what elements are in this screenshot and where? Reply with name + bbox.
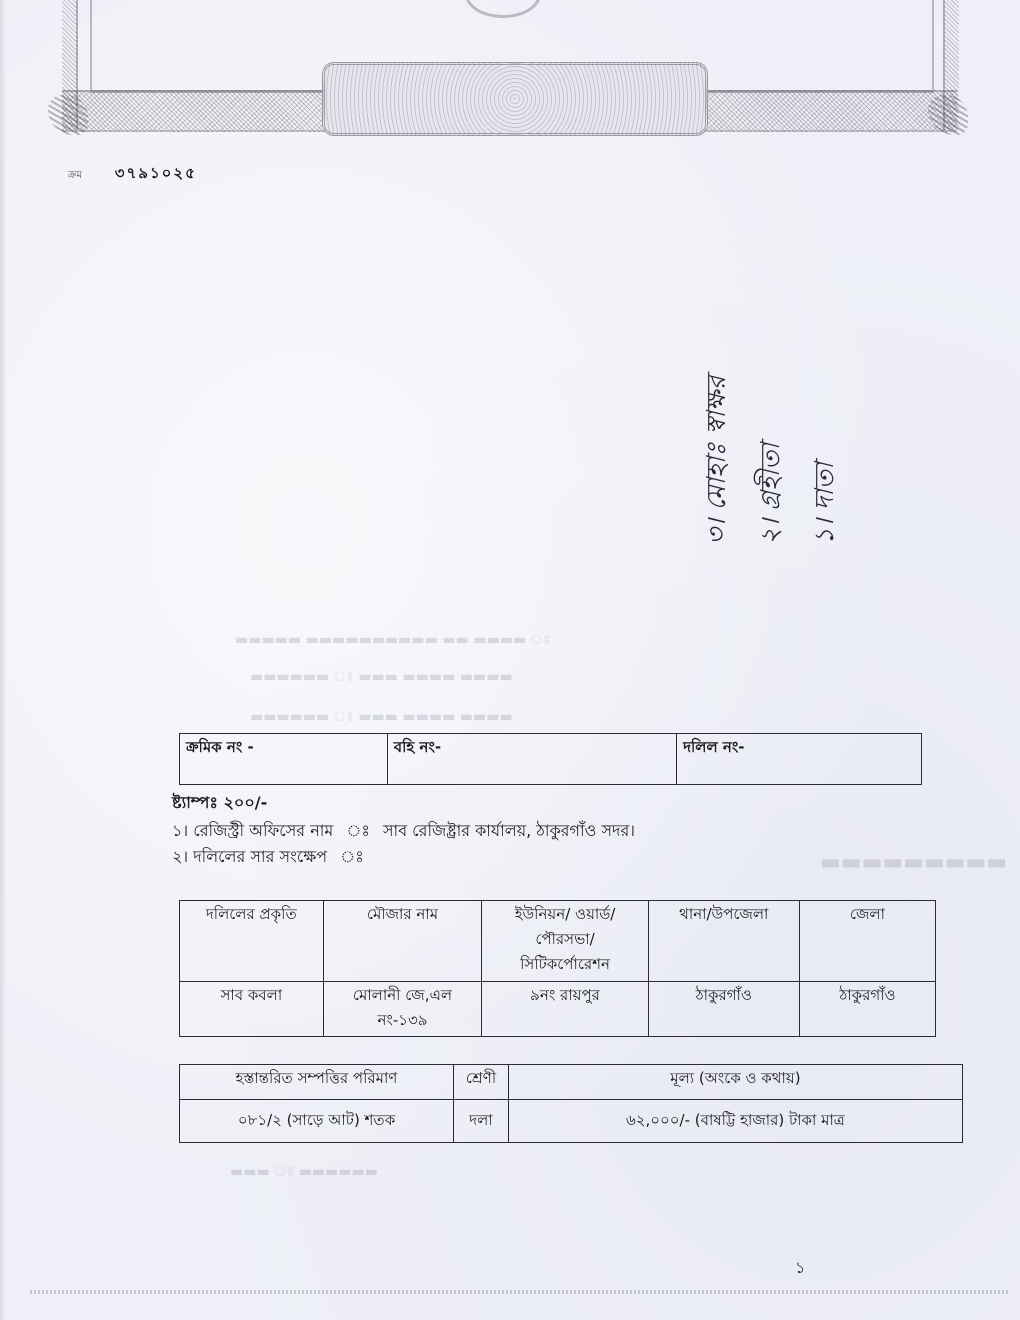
cell-thana-upazila: ঠাকুরগাঁও — [648, 982, 799, 1037]
serial-number: ৩৭৯১০২৫ — [115, 164, 197, 182]
deed-summary-line: ২। দলিলের সার সংক্ষেপ ঃ — [172, 844, 372, 871]
cell-property-quantity: ০৮১/২ (সাড়ে আট) শতক — [180, 1100, 454, 1143]
registry-office-line: ১। রেজিস্ট্রী অফিসের নাম ঃ সাব রেজিষ্ট্র… — [172, 818, 635, 845]
cell-mouza-name: মোলানী জে,এল নং-১৩৯ — [323, 982, 482, 1037]
handwritten-line: ২। গ্রহীতা — [744, 225, 798, 545]
serial-no-cell: ক্রমিক নং - — [180, 734, 388, 785]
page-edge — [0, 0, 6, 1320]
serial-label: ক্রম — [68, 170, 82, 181]
bleed-through-text: ▬▬▬▬▬▬▬▬▬ — [820, 850, 1007, 875]
item-separator: ঃ — [340, 844, 364, 871]
bleed-through-text: ▬▬▬ ঃ ▬▬▬▬▬▬ — [230, 1160, 378, 1184]
cell-land-class: দলা — [454, 1100, 509, 1143]
table-row: সাব কবলা মোলানী জে,এল নং-১৩৯ ৯নং রায়পুর… — [180, 982, 936, 1037]
item-number: ১। — [172, 821, 188, 840]
table-header-row: হস্তান্তরিত সম্পত্তির পরিমাণ শ্রেণী মূল্… — [180, 1065, 963, 1100]
cell-district: ঠাকুরগাঁও — [799, 982, 935, 1037]
cell-deed-nature: সাব কবলা — [180, 982, 324, 1037]
bottom-border-rule — [30, 1290, 1010, 1294]
bleed-through-text: ▬▬▬▬▬▬ ঃ ▬▬▬ ▬▬▬▬ ▬▬▬▬ — [250, 665, 513, 689]
stamp-value: ষ্ট্যাম্পঃ ২০০/- — [172, 790, 267, 817]
page-number: ১ — [795, 1255, 805, 1282]
handwritten-notes: ৩। মোহাঃ স্বাক্ষর ২। গ্রহীতা ১। দাতা — [690, 225, 800, 545]
item-value: সাব রেজিষ্ট্রার কার্যালয়, ঠাকুরগাঁও সদর… — [383, 821, 635, 840]
cell-price: ৬২,০০০/- (বাষট্টি হাজার) টাকা মাত্র — [508, 1100, 962, 1143]
cell-union-ward: ৯নং রায়পুর — [482, 982, 648, 1037]
deed-summary-table: দলিলের প্রকৃতি মৌজার নাম ইউনিয়ন/ ওয়ার্… — [179, 900, 936, 1037]
frame-cartouche — [322, 62, 708, 136]
item-number: ২। — [172, 847, 188, 866]
header-land-class: শ্রেণী — [454, 1065, 509, 1100]
bleed-through-text: ▬▬▬▬▬ ▬▬▬▬▬▬▬▬▬▬ ▬▬ ▬▬▬▬ ঃ — [235, 628, 551, 652]
property-table: হস্তান্তরিত সম্পত্তির পরিমাণ শ্রেণী মূল্… — [179, 1064, 963, 1143]
table-header-row: দলিলের প্রকৃতি মৌজার নাম ইউনিয়ন/ ওয়ার্… — [180, 901, 936, 982]
handwritten-line: ৩। মোহাঃ স্বাক্ষর — [690, 225, 744, 545]
book-no-cell: বহি নং- — [387, 734, 676, 785]
handwritten-line: ১। দাতা — [798, 225, 852, 545]
header-thana-upazila: থানা/উপজেলা — [648, 901, 799, 982]
table-row: ০৮১/২ (সাড়ে আট) শতক দলা ৬২,০০০/- (বাষট্… — [180, 1100, 963, 1143]
bleed-through-text: ▬▬▬▬▬▬ ঃ ▬▬▬ ▬▬▬▬ ▬▬▬▬ — [250, 705, 513, 729]
header-price: মূল্য (অংকে ও কথায়) — [508, 1065, 962, 1100]
item-label: রেজিস্ট্রী অফিসের নাম — [193, 821, 333, 840]
header-mouza-name: মৌজার নাম — [323, 901, 482, 982]
header-union-ward: ইউনিয়ন/ ওয়ার্ড/ পৌরসভা/ সিটিকর্পোরেশন — [482, 901, 648, 982]
reference-table: ক্রমিক নং - বহি নং- দলিল নং- — [179, 733, 922, 785]
item-label: দলিলের সার সংক্ষেপ — [193, 847, 327, 866]
deed-no-cell: দলিল নং- — [677, 734, 922, 785]
item-separator: ঃ — [346, 818, 370, 845]
header-property-quantity: হস্তান্তরিত সম্পত্তির পরিমাণ — [180, 1065, 454, 1100]
stamp-serial: ক্রম ৩৭৯১০২৫ — [68, 162, 197, 187]
header-deed-nature: দলিলের প্রকৃতি — [180, 901, 324, 982]
header-district: জেলা — [799, 901, 935, 982]
